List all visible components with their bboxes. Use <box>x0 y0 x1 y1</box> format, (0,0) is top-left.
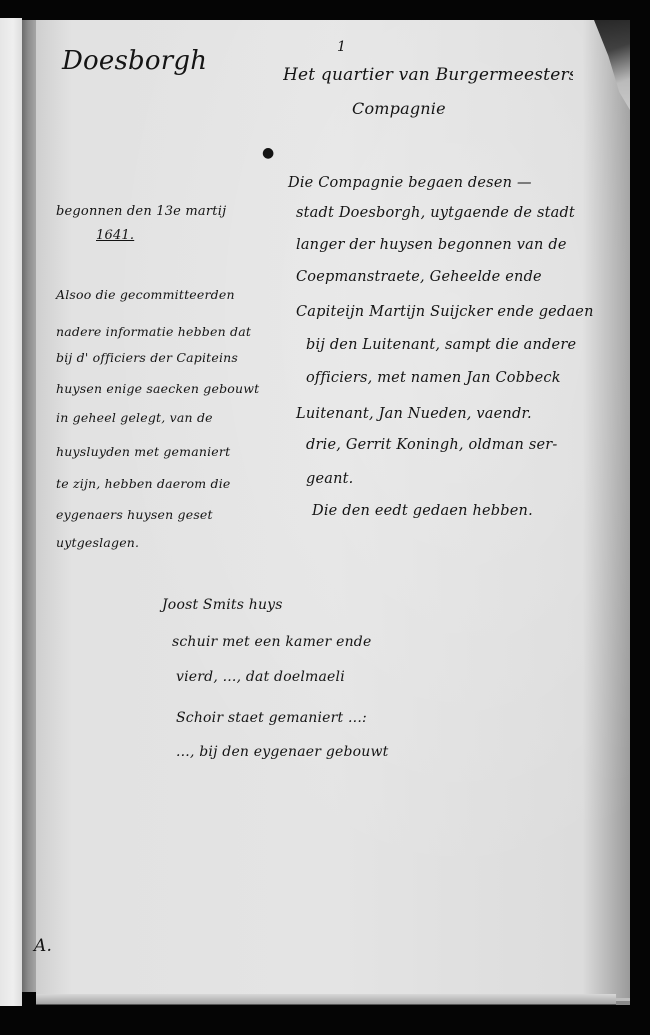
main-entry-line: stadt Doesborgh, uytgaende de stadt <box>296 206 575 221</box>
margin-note-line: eygenaers huysen geset <box>56 509 213 522</box>
main-entry-line: Luitenant, Jan Nueden, vaendr. <box>296 407 532 422</box>
margin-note-line: huysluyden met gemaniert <box>56 446 230 459</box>
margin-note-line: te zijn, hebben daerom die <box>56 478 231 491</box>
page-title-continuation: Compagnie <box>352 101 446 117</box>
margin-note-line: uytgeslagen. <box>56 537 139 550</box>
book-gutter <box>22 20 37 992</box>
margin-date: begonnen den 13e martij <box>56 205 226 218</box>
lower-entry-line: ..., bij den eygenaer gebouwt <box>176 745 389 759</box>
lower-entry-line: Joost Smits huys <box>162 598 283 612</box>
main-entry-line: Die Compagnie begaen desen — <box>288 176 532 191</box>
main-entry-line: bij den Luitenant, sampt die andere <box>306 338 576 353</box>
main-entry-line: Die den eedt gedaen hebben. <box>312 504 533 519</box>
title-text: Het quartier van Burgermeesters Compagni… <box>283 67 573 84</box>
margin-note-line: Alsoo die gecommitteerden <box>56 289 235 302</box>
lower-entry-line: Schoir staet gemaniert ...: <box>176 711 367 725</box>
lower-entry-line: vierd, ..., dat doelmaeli <box>176 670 345 684</box>
margin-note-line: huysen enige saecken gebouwt <box>56 383 259 396</box>
adjacent-page-edge <box>0 18 22 1006</box>
main-entry-line: Coepmanstraete, Geheelde ende <box>296 270 542 285</box>
margin-note-line: in geheel gelegt, van de <box>56 412 213 425</box>
main-entry-line: officiers, met namen Jan Cobbeck <box>306 371 561 386</box>
page-number: 1 <box>337 40 346 54</box>
page-bottom-edge <box>36 994 616 1005</box>
page-title: Het quartier van Burgermeesters Compagni… <box>283 67 573 88</box>
folio-letter: A. <box>34 938 52 955</box>
lower-entry-line: schuir met een kamer ende <box>172 635 371 649</box>
main-entry-line: drie, Gerrit Koningh, oldman ser- <box>306 438 558 453</box>
place-heading: Doesborgh <box>62 48 207 74</box>
main-entry-line: geant. <box>306 472 353 487</box>
margin-note-line: bij d' officiers der Capiteins <box>56 352 238 365</box>
main-entry-line: langer der huysen begonnen van de <box>296 238 567 253</box>
margin-note-line: nadere informatie hebben dat <box>56 326 251 339</box>
margin-year: 1641. <box>96 229 134 242</box>
ink-dot: ● <box>262 146 274 160</box>
main-entry-line: Capiteijn Martijn Suijcker ende gedaen <box>296 305 594 320</box>
